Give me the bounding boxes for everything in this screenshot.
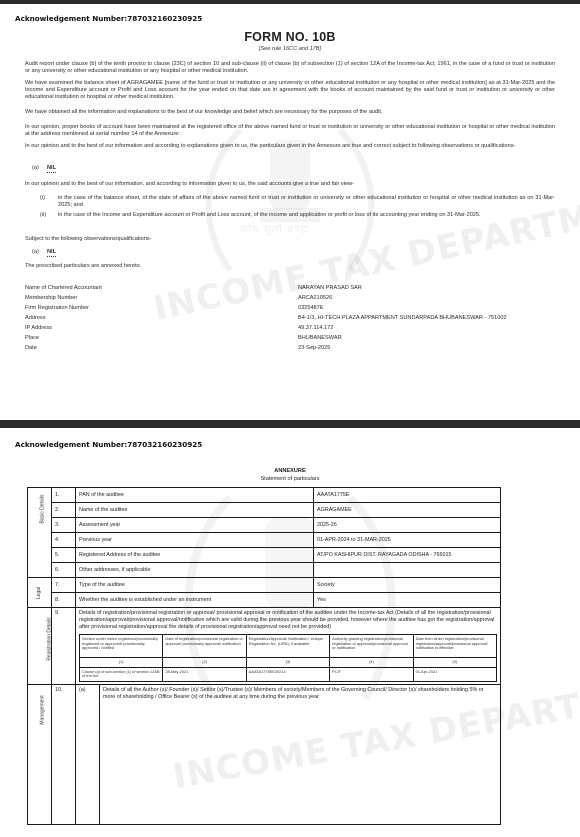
- row-number: 1.: [52, 488, 76, 503]
- watermark-motto: कोष मूलो दण्डः: [240, 222, 310, 237]
- registration-effective-date: 01-Apr-2021: [413, 667, 496, 681]
- section-label: Management: [40, 695, 46, 724]
- row-label: Assessment year: [76, 518, 314, 533]
- section-label: Registration Details: [47, 617, 53, 660]
- registration-header-row: Section under which registered/provision…: [80, 635, 497, 658]
- signatory-label: Membership Number: [25, 295, 77, 302]
- signatory-label: Firm Registration Number: [25, 305, 89, 312]
- row-label: Registered Address of the auditee: [76, 548, 314, 563]
- row-label: Type of the auditee: [76, 578, 314, 593]
- row-label: Previous year: [76, 533, 314, 548]
- registration-header: Date from which registration/provisional…: [413, 635, 496, 658]
- col-number: (5): [413, 658, 496, 668]
- table-row: 4. Previous year 01-APR-2024 to 31-MAR-2…: [28, 533, 501, 548]
- view-marker-i: (i): [40, 195, 45, 202]
- signatory-value: 23-Sep-2025: [298, 345, 330, 352]
- management-description: Details of all the Author (s)/ Founder (…: [100, 684, 501, 824]
- table-row: Basic Details 1. PAN of the auditee AAAT…: [28, 488, 501, 503]
- table-row-management: Management 10. (a) Details of all the Au…: [28, 684, 501, 824]
- view-text-ii: in the case of the Income and Expenditur…: [58, 212, 555, 219]
- row-value: 2025-26: [314, 518, 501, 533]
- signatory-value: B4-1/3, HI-TECH PLAZA APPARTMENT SUNDARP…: [298, 315, 507, 322]
- row-label: Other addresses, if applicable: [76, 563, 314, 578]
- qualification-marker: (a): [32, 165, 39, 172]
- registration-details-cell: Details of registration/provisional regi…: [76, 608, 501, 685]
- registration-col-number-row: (1) (2) (3) (4) (5): [80, 658, 497, 668]
- annexure-title: ANNEXURE: [0, 468, 580, 474]
- table-row-registration: Registration Details 9. Details of regis…: [28, 608, 501, 685]
- row-number: 2.: [52, 503, 76, 518]
- signatory-value: 0325487E: [298, 305, 324, 312]
- registration-header: Authority granting registration/provisio…: [330, 635, 413, 658]
- paragraph-subject-to: Subject to the following observations/qu…: [25, 236, 555, 243]
- section-management: Management: [28, 684, 52, 824]
- table-row: 2. Name of the auditee AGRAGAMEE: [28, 503, 501, 518]
- observation-marker: (a): [32, 249, 39, 256]
- section-label: Basic Details: [39, 495, 45, 524]
- qualification-value: NIL: [47, 165, 56, 173]
- row-number: 9.: [52, 608, 76, 685]
- section-registration-details: Registration Details: [28, 608, 52, 685]
- acknowledgement-number-page2: Acknowledgement Number:787032160230925: [15, 440, 202, 449]
- section-label: Legal: [36, 586, 42, 598]
- registration-header: Section under which registered/provision…: [80, 635, 163, 658]
- row-number: 5.: [52, 548, 76, 563]
- page-separator: [0, 420, 580, 428]
- table-row: 8. Whether the auditee is established un…: [28, 593, 501, 608]
- top-page-edge: [0, 0, 580, 4]
- signatory-label: Place: [25, 335, 39, 342]
- signatory-value: BHUBANESWAR: [298, 335, 342, 342]
- row-number: 4.: [52, 533, 76, 548]
- row-number: 10.: [52, 684, 76, 824]
- signatory-label: Address: [25, 315, 46, 322]
- paragraph-audit-report: Audit report under clause (b) of the ten…: [25, 61, 555, 75]
- row-number: 3.: [52, 518, 76, 533]
- signatory-value: 49.37.114.172: [298, 325, 333, 332]
- registration-table: Section under which registered/provision…: [79, 634, 497, 682]
- row-value: [314, 563, 501, 578]
- row-value: 01-APR-2024 to 31-MAR-2025: [314, 533, 501, 548]
- table-row: 5. Registered Address of the auditee AT/…: [28, 548, 501, 563]
- row-value: AGRAGAMEE: [314, 503, 501, 518]
- row-label: Whether the auditee is established under…: [76, 593, 314, 608]
- col-number: (2): [163, 658, 246, 668]
- table-row: 3. Assessment year 2025-26: [28, 518, 501, 533]
- paragraph-particulars-true: In our opinion and to the best of our in…: [25, 143, 555, 150]
- acknowledgement-number: Acknowledgement Number:787032160230925: [15, 14, 202, 23]
- section-basic-details: Basic Details: [28, 488, 52, 578]
- paragraph-examined: We have examined the balance sheet of AG…: [25, 80, 555, 101]
- paragraph-obtained-info: We have obtained all the information and…: [25, 109, 555, 116]
- row-value: Society: [314, 578, 501, 593]
- paragraph-true-fair-view: In our opinion and to the best of our in…: [25, 181, 555, 188]
- paragraph-books-maintained: In our opinion, proper books of account …: [25, 124, 555, 138]
- statement-of-particulars-table: Basic Details 1. PAN of the auditee AAAT…: [27, 487, 501, 825]
- signatory-value: NARAYAN PRASAD SAR: [298, 285, 362, 292]
- signatory-label: Date: [25, 345, 37, 352]
- registration-entry-row: Clause (a) of sub-section (1) of section…: [80, 667, 497, 681]
- row-label: Name of the auditee: [76, 503, 314, 518]
- paragraph-annexed: The prescribed particulars are annexed h…: [25, 263, 555, 270]
- registration-header: Date of registration/provisional registr…: [163, 635, 246, 658]
- observation-value: NIL: [47, 249, 56, 257]
- registration-section: Clause (a) of sub-section (1) of section…: [80, 667, 163, 681]
- signatory-label: IP Address: [25, 325, 52, 332]
- table-row: Legal 7. Type of the auditee Society: [28, 578, 501, 593]
- row-number: 6.: [52, 563, 76, 578]
- row-sub-marker: (a): [76, 684, 100, 824]
- view-marker-ii: (ii): [40, 212, 46, 219]
- form-title: FORM NO. 10B: [0, 30, 580, 44]
- registration-date: 28-May-2021: [163, 667, 246, 681]
- form-subtitle: [See rule 16CC and 17B]: [0, 46, 580, 52]
- section-legal: Legal: [28, 578, 52, 608]
- registration-description: Details of registration/provisional regi…: [79, 610, 497, 631]
- signatory-value: ARCA210526: [298, 295, 332, 302]
- row-label: PAN of the auditee: [76, 488, 314, 503]
- registration-urn: AAATA1775EE20214: [246, 667, 329, 681]
- col-number: (3): [246, 658, 329, 668]
- registration-header: Registration/Approval/ Notification / Un…: [246, 635, 329, 658]
- row-value: Yes: [314, 593, 501, 608]
- row-number: 8.: [52, 593, 76, 608]
- row-value: AAATA1775E: [314, 488, 501, 503]
- view-text-i: in the case of the balance sheet, of the…: [58, 195, 555, 209]
- col-number: (1): [80, 658, 163, 668]
- registration-authority: PCIT: [330, 667, 413, 681]
- annexure-subtitle: Statement of particulars: [0, 476, 580, 482]
- row-value: AT/PO KASHIPUR DIST. RAYAGADA ODISHA - 7…: [314, 548, 501, 563]
- row-number: 7.: [52, 578, 76, 593]
- col-number: (4): [330, 658, 413, 668]
- signatory-label: Name of Chartered Accountant: [25, 285, 102, 292]
- table-row: 6. Other addresses, if applicable: [28, 563, 501, 578]
